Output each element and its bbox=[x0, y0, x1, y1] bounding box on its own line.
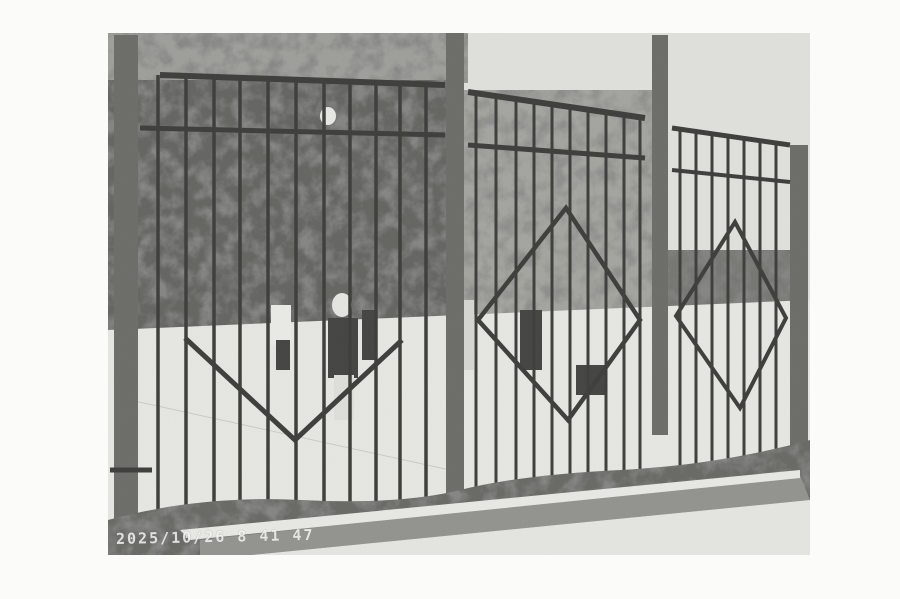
gate-photo-scene bbox=[0, 0, 900, 599]
